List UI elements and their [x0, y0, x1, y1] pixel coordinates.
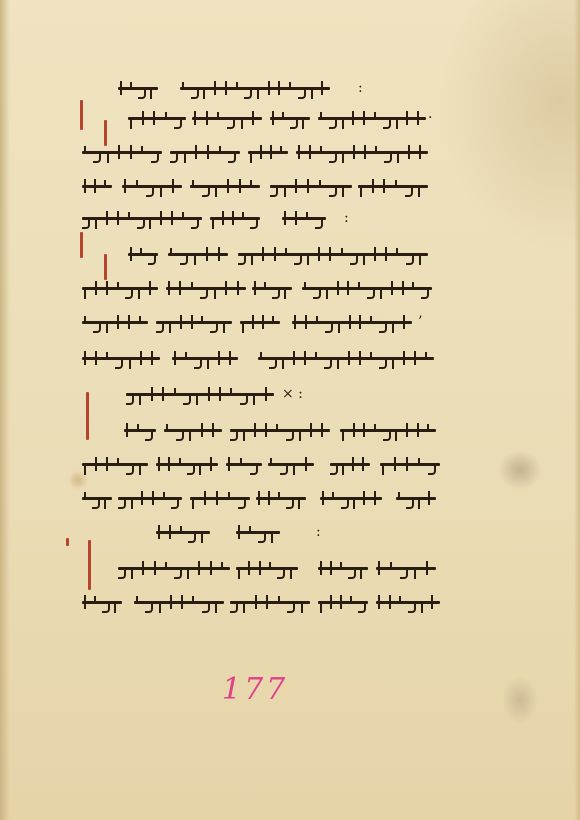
punctuation-mark: ’ — [418, 314, 422, 330]
script-word — [82, 142, 162, 166]
manuscript-line — [0, 244, 580, 268]
manuscript-page: :·:’× :: 177 — [0, 0, 580, 820]
red-rubric-stroke — [80, 100, 83, 130]
punctuation-mark: : — [358, 80, 363, 96]
script-word — [240, 312, 280, 336]
script-word — [124, 420, 156, 444]
script-word — [190, 176, 260, 200]
script-word — [82, 312, 148, 336]
punctuation-mark: × : — [282, 386, 303, 402]
script-word — [82, 454, 148, 478]
script-word — [170, 142, 240, 166]
red-rubric-stroke — [86, 392, 89, 440]
script-word — [270, 108, 310, 132]
script-word — [252, 278, 292, 302]
script-word — [82, 208, 202, 232]
script-word — [330, 454, 370, 478]
script-word — [210, 208, 260, 232]
script-word — [256, 488, 306, 512]
script-word — [320, 488, 382, 512]
script-word — [302, 278, 432, 302]
manuscript-line: : — [0, 78, 580, 102]
script-word — [128, 244, 158, 268]
script-word — [134, 592, 224, 616]
script-word — [122, 176, 182, 200]
manuscript-line — [0, 348, 580, 372]
script-word — [156, 312, 232, 336]
script-word — [248, 142, 288, 166]
manuscript-line — [0, 488, 580, 512]
red-rubric-stroke — [104, 254, 107, 280]
script-word — [168, 244, 228, 268]
manuscript-line — [0, 142, 580, 166]
script-word — [270, 176, 352, 200]
script-word — [82, 176, 112, 200]
script-word — [126, 384, 274, 408]
script-word — [282, 208, 326, 232]
script-word — [236, 522, 280, 546]
script-word — [380, 454, 440, 478]
manuscript-line — [0, 558, 580, 582]
red-rubric-stroke — [80, 232, 83, 258]
script-word — [376, 558, 436, 582]
script-word — [236, 558, 298, 582]
script-word — [82, 278, 158, 302]
script-word — [296, 142, 428, 166]
script-word — [318, 558, 368, 582]
script-word — [156, 522, 210, 546]
script-word — [190, 488, 250, 512]
manuscript-line: : — [0, 522, 580, 546]
red-rubric-stroke — [104, 120, 107, 146]
script-word — [82, 488, 112, 512]
manuscript-line — [0, 592, 580, 616]
script-word — [230, 420, 330, 444]
punctuation-mark: : — [316, 524, 321, 540]
script-word — [340, 420, 436, 444]
manuscript-line — [0, 176, 580, 200]
manuscript-line — [0, 454, 580, 478]
script-word — [396, 488, 436, 512]
script-word — [292, 312, 412, 336]
manuscript-line — [0, 278, 580, 302]
script-word — [82, 592, 122, 616]
script-word — [192, 108, 262, 132]
script-word — [358, 176, 428, 200]
manuscript-line: · — [0, 108, 580, 132]
folio-number: 177 — [222, 672, 288, 707]
script-word — [164, 420, 222, 444]
script-word — [118, 558, 230, 582]
script-word — [238, 244, 428, 268]
script-word — [128, 108, 186, 132]
manuscript-line: : — [0, 208, 580, 232]
red-rubric-stroke — [88, 540, 91, 590]
script-word — [156, 454, 218, 478]
punctuation-mark: : — [344, 210, 349, 226]
script-word — [230, 592, 310, 616]
script-word — [258, 348, 434, 372]
red-rubric-stroke — [66, 538, 69, 546]
script-word — [376, 592, 440, 616]
script-word — [180, 78, 330, 102]
script-word — [226, 454, 262, 478]
script-word — [318, 108, 426, 132]
manuscript-line: ’ — [0, 312, 580, 336]
punctuation-mark: · — [428, 110, 432, 126]
script-word — [268, 454, 314, 478]
script-word — [166, 278, 246, 302]
script-word — [118, 78, 158, 102]
script-word — [318, 592, 368, 616]
script-word — [172, 348, 238, 372]
script-word — [118, 488, 182, 512]
script-word — [82, 348, 160, 372]
